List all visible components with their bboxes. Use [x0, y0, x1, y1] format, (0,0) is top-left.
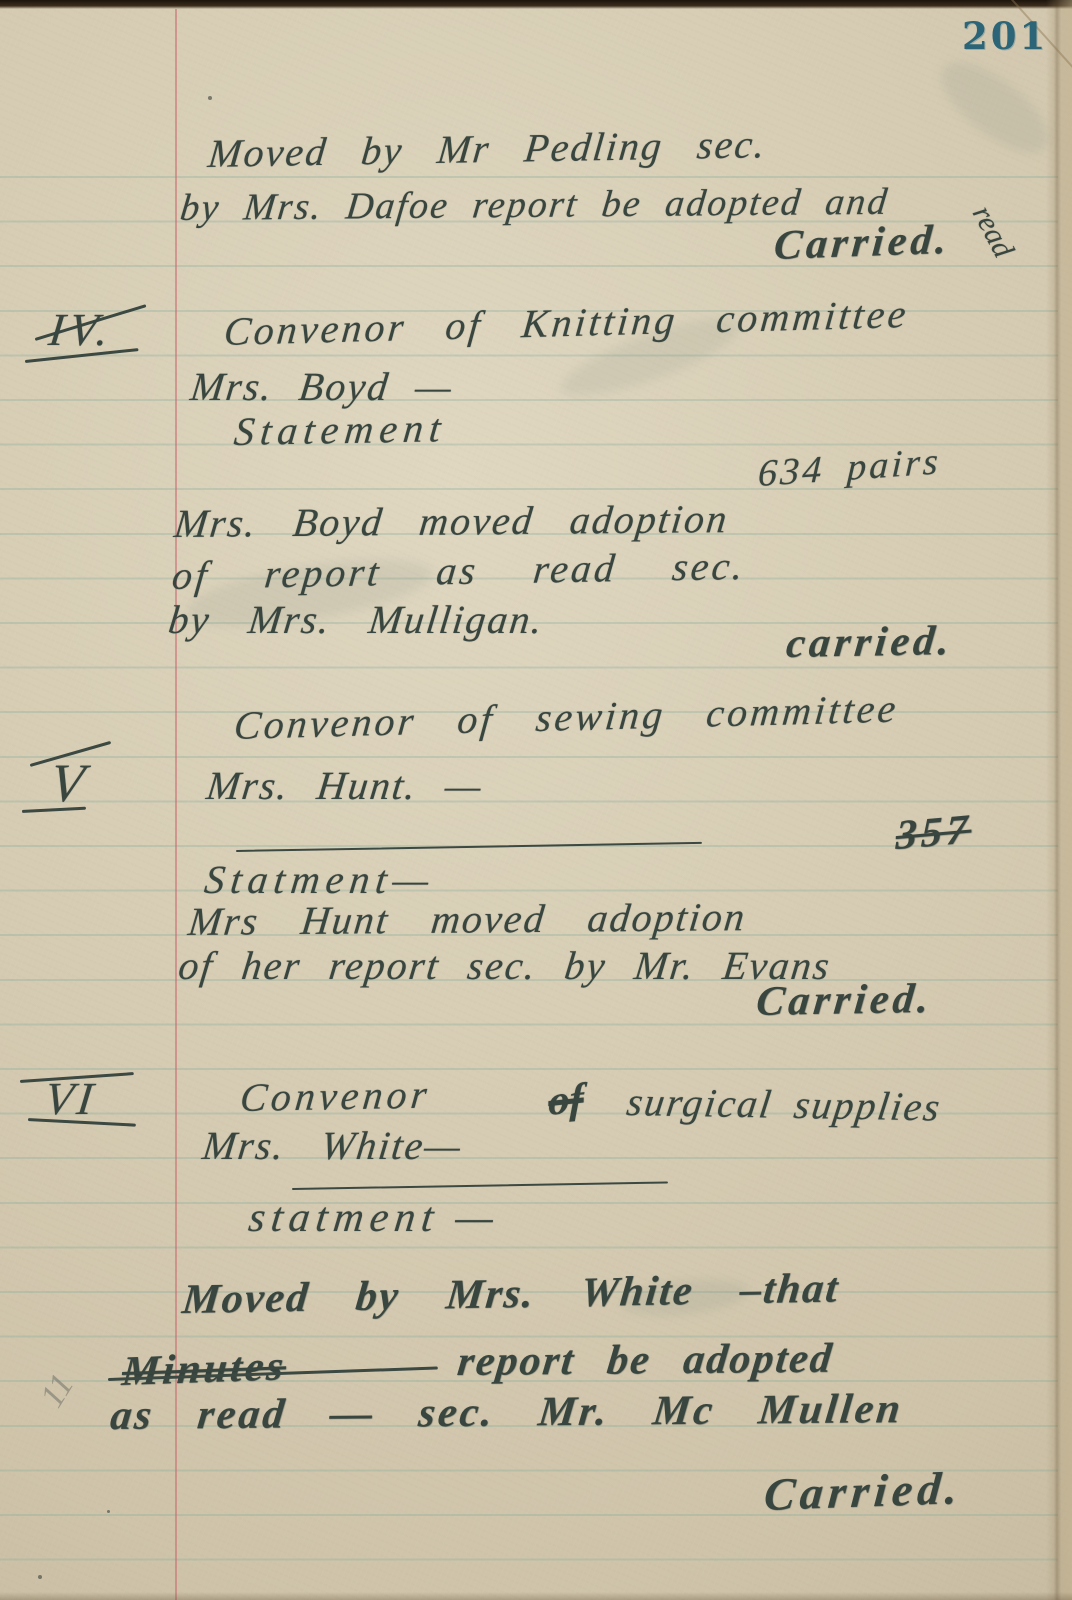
- surgical-convenor: Mrs. White—: [200, 1122, 465, 1169]
- ledger-page: 201 Moved by Mr Pedling sec. by Mrs. Daf…: [0, 0, 1072, 1600]
- sewing-motion-line2: of her report sec. by Mr. Evans: [176, 942, 834, 989]
- ink-speck: [208, 96, 212, 100]
- sewing-convenor: Mrs. Hunt. —: [204, 762, 486, 809]
- surgical-motion-struck-word: Minutes: [120, 1342, 288, 1396]
- opening-motion-line2-overflow: read: [965, 200, 1020, 264]
- surgical-result: Carried.: [762, 1461, 965, 1521]
- showthrough-mark: [927, 46, 1063, 169]
- knitting-statement-label: Statement: [232, 404, 449, 455]
- knitting-result: carried.: [784, 617, 956, 668]
- sewing-struck-figure: 357: [895, 806, 972, 860]
- surgical-title-struck-word: of: [548, 1075, 584, 1126]
- knitting-motion-line1: Mrs. Boyd moved adoption: [172, 495, 731, 547]
- sewing-result: Carried.: [754, 975, 935, 1026]
- pencil-margin-note: 11: [33, 1368, 82, 1415]
- surgical-motion-line1: Moved by Mrs. White –that: [180, 1265, 842, 1324]
- opening-motion-line1: Moved by Mr Pedling sec.: [206, 120, 769, 177]
- page-number: 201: [962, 14, 1048, 58]
- section-numeral-v: V: [47, 752, 88, 814]
- section-numeral-vi: VI: [42, 1072, 100, 1125]
- section-numeral-iv: IV.: [46, 303, 117, 356]
- knitting-tally: 634 pairs: [757, 439, 942, 496]
- page-edge-right: [1046, 0, 1072, 1600]
- surgical-statement-label: statment —: [246, 1194, 502, 1242]
- t-cross-stroke: [236, 842, 702, 852]
- t-cross-stroke: [292, 1181, 668, 1190]
- binding-edge-top: [0, 0, 1072, 9]
- surgical-title-start: Convenor: [238, 1071, 433, 1121]
- opening-motion-result: Carried.: [772, 216, 952, 270]
- knitting-motion-line3: by Mrs. Mulligan.: [166, 596, 547, 643]
- surgical-motion-line3: as read — sec. Mr. Mc Mullen: [108, 1385, 906, 1440]
- sewing-title: Convenor of sewing committee: [232, 685, 901, 749]
- surgical-title-end: surgical supplies: [624, 1078, 945, 1130]
- knitting-convenor: Mrs. Boyd —: [188, 363, 456, 410]
- page-edge-bottom: [0, 1592, 1072, 1600]
- surgical-motion-line2: report be adopted: [455, 1335, 836, 1386]
- ink-speck: [38, 1575, 42, 1579]
- knitting-title: Convenor of Knitting committee: [222, 290, 911, 355]
- knitting-motion-line2: of report as read sec.: [170, 542, 748, 599]
- ink-speck: [107, 1510, 110, 1513]
- sewing-motion-line1: Mrs Hunt moved adoption: [186, 893, 749, 945]
